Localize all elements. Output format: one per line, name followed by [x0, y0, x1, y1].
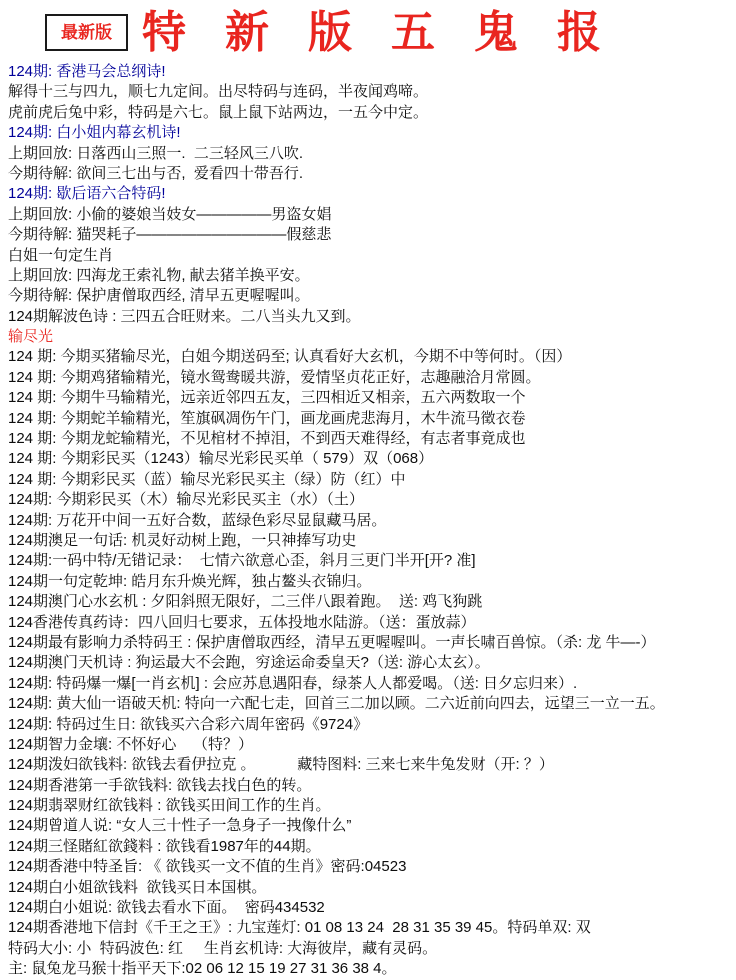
text-line: 124期: 特码过生日: 欲钱买六合彩六周年密码《9724》 — [8, 715, 732, 735]
header: 最新版 特 新 版 五 鬼 报 — [0, 0, 736, 60]
text-line: 今期待解: 欲间三七出与否, 爱看四十带吾行. — [8, 164, 732, 184]
text-line: 上期回放: 日落西山三照一. 二三轻风三八吹. — [8, 144, 732, 164]
text-line: 虎前虎后兔中彩，特码是六七。鼠上鼠下站两边，一五今中定。 — [8, 103, 732, 123]
text-line: 124期白小姐欲钱料 欲钱买日本国棋。 — [8, 878, 732, 898]
text-line: 124期翡翠财红欲钱料 : 欲钱买田间工作的生肖。 — [8, 796, 732, 816]
text-line: 124期泼妇欲钱料: 欲钱去看伊拉克 。 藏特图料: 三来七来牛兔发财（开: ？… — [8, 755, 732, 775]
text-line: 上期回放: 小偷的婆娘当妓女—————男盗女娼 — [8, 205, 732, 225]
text-line: 124期: 歇后语六合特码! — [8, 184, 732, 204]
five-ghost-report-page: 最新版 特 新 版 五 鬼 报 124期: 香港马会总纲诗!解得十三与四九，顺七… — [0, 0, 736, 980]
text-line: 124期澳门天机诗 : 狗运最大不会跑，穷途运命委皇天?（送: 游心太玄）。 — [8, 653, 732, 673]
text-line: 124期一句定乾坤: 皓月东升焕光辉，独占鳌头衣锦归。 — [8, 572, 732, 592]
text-line: 解得十三与四九，顺七九定间。出尽特码与连码，半夜闻鸡啼。 — [8, 82, 732, 102]
text-line: 124香港传真药诗：四八回归七要求，五体投地水陆游。（送：蛋放蒜） — [8, 613, 732, 633]
text-line: 124期: 黄大仙一语破天机: 特向一六配七走，回首三二加以顾。二六近前向四去，… — [8, 694, 732, 714]
text-line: 124期: 特码爆一爆[一肖玄机] : 会应苏息遇阳春，绿茶人人都爱喝。（送: … — [8, 674, 732, 694]
text-line: 今期待解: 保护唐僧取西经, 清早五更喔喔叫。 — [8, 286, 732, 306]
text-line: 124期三怪賭紅欲錢料 : 欲钱看1987年的44期。 — [8, 837, 732, 857]
text-line: 主: 鼠兔龙马猴十指平天下:02 06 12 15 19 27 31 36 38… — [8, 959, 732, 979]
text-line: 124期:一码中特/无错记录： 七情六欲意心歪，斜月三更门半开[开? 准] — [8, 551, 732, 571]
latest-edition-badge: 最新版 — [45, 14, 128, 51]
text-line: 特码大小: 小 特码波色: 红 生肖玄机诗: 大海彼岸，藏有灵码。 — [8, 939, 732, 959]
text-line: 124 期: 今期彩民买（1243）输尽光彩民买单（ 579）双（068） — [8, 449, 732, 469]
text-line: 124期曾道人说: “女人三十性子一急身子一拽像什么” — [8, 816, 732, 836]
text-line: 124期: 万花开中间一五好合数，蓝绿色彩尽显鼠藏马居。 — [8, 511, 732, 531]
text-line: 124期: 香港马会总纲诗! — [8, 62, 732, 82]
text-line: 124期澳门心水玄机 : 夕阳斜照无限好，二三伴八跟着跑。 送: 鸡飞狗跳 — [8, 592, 732, 612]
text-line: 124期澳足一句话: 机灵好动树上跑，一只神捧写功史 — [8, 531, 732, 551]
text-line: 124期白小姐说: 欲钱去看水下面。 密码434532 — [8, 898, 732, 918]
report-lines: 124期: 香港马会总纲诗!解得十三与四九，顺七九定间。出尽特码与连码，半夜闻鸡… — [0, 60, 736, 980]
page-title: 特 新 版 五 鬼 报 — [142, 11, 615, 55]
text-line: 白姐一句定生肖 — [8, 246, 732, 266]
text-line: 124 期: 今期牛马输精光，远亲近邻四五友，三四相近又相亲，五六两数取一个 — [8, 388, 732, 408]
text-line: 124 期: 今期彩民买（蓝）输尽光彩民买主（绿）防（红）中 — [8, 470, 732, 490]
text-line: 124期香港地下信封《千王之王》: 九宝莲灯: 01 08 13 24 28 3… — [8, 918, 732, 938]
text-line: 124期最有影响力杀特码王 : 保护唐僧取西经，清早五更喔喔叫。一声长啸百兽惊。… — [8, 633, 732, 653]
text-line: 124 期: 今期鸡猪输精光，镜水鸳鸯暖共游，爱情坚贞花正好，志趣融洽月常圆。 — [8, 368, 732, 388]
text-line: 124 期: 今期买猪输尽光，白姐今期送码至; 认真看好大玄机，今期不中等何时。… — [8, 347, 732, 367]
text-line: 124期: 今期彩民买（木）输尽光彩民买主（水）（土） — [8, 490, 732, 510]
text-line: 今期待解: 猫哭耗子——————————假慈悲 — [8, 225, 732, 245]
text-line: 124期: 白小姐内幕玄机诗! — [8, 123, 732, 143]
text-line: 124期解波色诗 : 三四五合旺财来。二八当头九又到。 — [8, 307, 732, 327]
text-line: 124 期: 今期龙蛇输精光，不见棺材不掉泪，不到西天难得经，有志者事竟成也 — [8, 429, 732, 449]
text-line: 124期香港第一手欲钱料: 欲钱去找白色的转。 — [8, 776, 732, 796]
text-line: 124期智力金壤: 不怀好心 （特？） — [8, 735, 732, 755]
text-line: 输尽光 — [8, 327, 732, 347]
text-line: 上期回放: 四海龙王索礼物, 献去猪羊换平安。 — [8, 266, 732, 286]
text-line: 124 期: 今期蛇羊输精光，笙旗砜凋伤午门，画龙画虎悲海月，木牛流马徵衣卷 — [8, 409, 732, 429]
text-line: 124期香港中特圣旨: 《 欲钱买一文不值的生肖》密码:04523 — [8, 857, 732, 877]
